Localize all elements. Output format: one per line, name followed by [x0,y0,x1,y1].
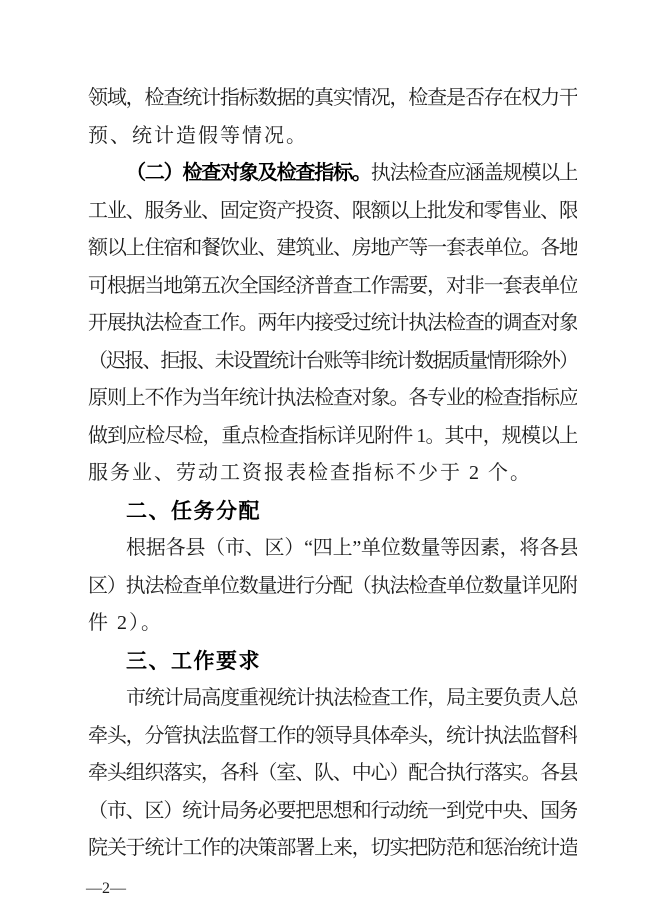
doc-line: 开展执法检查工作。两年内接受过统计执法检查的调查对象 [88,305,577,343]
doc-text-segment: 件 2）。 [88,612,163,634]
doc-text-segment: 预、统计造假等情况。 [88,125,308,147]
section-heading: 二、任务分配 [88,493,577,531]
doc-text-segment: 三、工作要求 [126,650,261,673]
doc-text-segment: 工业、服务业、固定资产投资、限额以上批发和零售业、限 [88,200,577,222]
doc-text-segment: （二）检查对象及检查指标。 [126,162,371,184]
doc-line: 领域，检查统计指标数据的真实情况，检查是否存在权力干 [88,80,577,118]
doc-line: 额以上住宿和餐饮业、建筑业、房地产等一套表单位。各地 [88,230,577,268]
doc-text-segment: 做到应检尽检，重点检查指标详见附件 1。其中，规模以上 [88,425,577,447]
doc-text-segment: 牵头，分管执法监督工作的领导具体牵头，统计执法监督科 [88,725,577,747]
doc-text-segment: 额以上住宿和餐饮业、建筑业、房地产等一套表单位。各地 [88,237,577,259]
doc-line: 做到应检尽检，重点检查指标详见附件 1。其中，规模以上 [88,418,577,456]
document-content: 领域，检查统计指标数据的真实情况，检查是否存在权力干预、统计造假等情况。（二）检… [88,80,577,868]
doc-line: 服务业、劳动工资报表检查指标不少于 2 个。 [88,455,577,493]
doc-line: 可根据当地第五次全国经济普查工作需要，对非一套表单位 [88,268,577,306]
doc-text-segment: 可根据当地第五次全国经济普查工作需要，对非一套表单位 [88,275,577,297]
doc-text-segment: 院关于统计工作的决策部署上来，切实把防范和惩治统计造 [88,837,577,859]
doc-text-segment: 市统计局高度重视统计执法检查工作，局主要负责人总 [126,687,577,709]
doc-line: 原则上不作为当年统计执法检查对象。各专业的检查指标应 [88,380,577,418]
doc-text-segment: 区）执法检查单位数量进行分配（执法检查单位数量详见附 [88,575,577,597]
doc-line: （迟报、拒报、未设置统计台账等非统计数据质量情形除外） [88,343,577,381]
section-heading: 三、工作要求 [88,643,577,681]
doc-text-segment: 服务业、劳动工资报表检查指标不少于 2 个。 [88,462,532,484]
doc-text-segment: 牵头组织落实，各科（室、队、中心）配合执行落实。各县 [88,762,577,784]
document-page: 领域，检查统计指标数据的真实情况，检查是否存在权力干预、统计造假等情况。（二）检… [0,0,663,916]
doc-text-segment: 根据各县（市、区）“四上”单位数量等因素，将各县（市、 [88,537,577,568]
doc-line: 牵头组织落实，各科（室、队、中心）配合执行落实。各县 [88,755,577,793]
doc-line: （市、区）统计局务必要把思想和行动统一到党中央、国务 [88,793,577,831]
doc-text-segment: （迟报、拒报、未设置统计台账等非统计数据质量情形除外） [88,350,577,372]
doc-text-segment: 执法检查应涵盖规模以上 [371,162,577,184]
doc-text-segment: 原则上不作为当年统计执法检查对象。各专业的检查指标应 [88,387,577,409]
doc-line: 根据各县（市、区）“四上”单位数量等因素，将各县（市、 [88,530,577,568]
doc-line: 牵头，分管执法监督工作的领导具体牵头，统计执法监督科 [88,718,577,756]
doc-line: 件 2）。 [88,605,577,643]
doc-line: 市统计局高度重视统计执法检查工作，局主要负责人总 [88,680,577,718]
doc-text-segment: （市、区）统计局务必要把思想和行动统一到党中央、国务 [88,800,577,822]
doc-line: 区）执法检查单位数量进行分配（执法检查单位数量详见附 [88,568,577,606]
doc-line: （二）检查对象及检查指标。执法检查应涵盖规模以上 [88,155,577,193]
doc-text-segment: 二、任务分配 [126,500,261,523]
doc-line: 预、统计造假等情况。 [88,118,577,156]
doc-text-segment: 开展执法检查工作。两年内接受过统计执法检查的调查对象 [88,312,577,334]
doc-text-segment: 领域，检查统计指标数据的真实情况，检查是否存在权力干 [88,87,577,109]
doc-line: 工业、服务业、固定资产投资、限额以上批发和零售业、限 [88,193,577,231]
page-number: —2— [86,880,126,898]
doc-line: 院关于统计工作的决策部署上来，切实把防范和惩治统计造 [88,830,577,868]
